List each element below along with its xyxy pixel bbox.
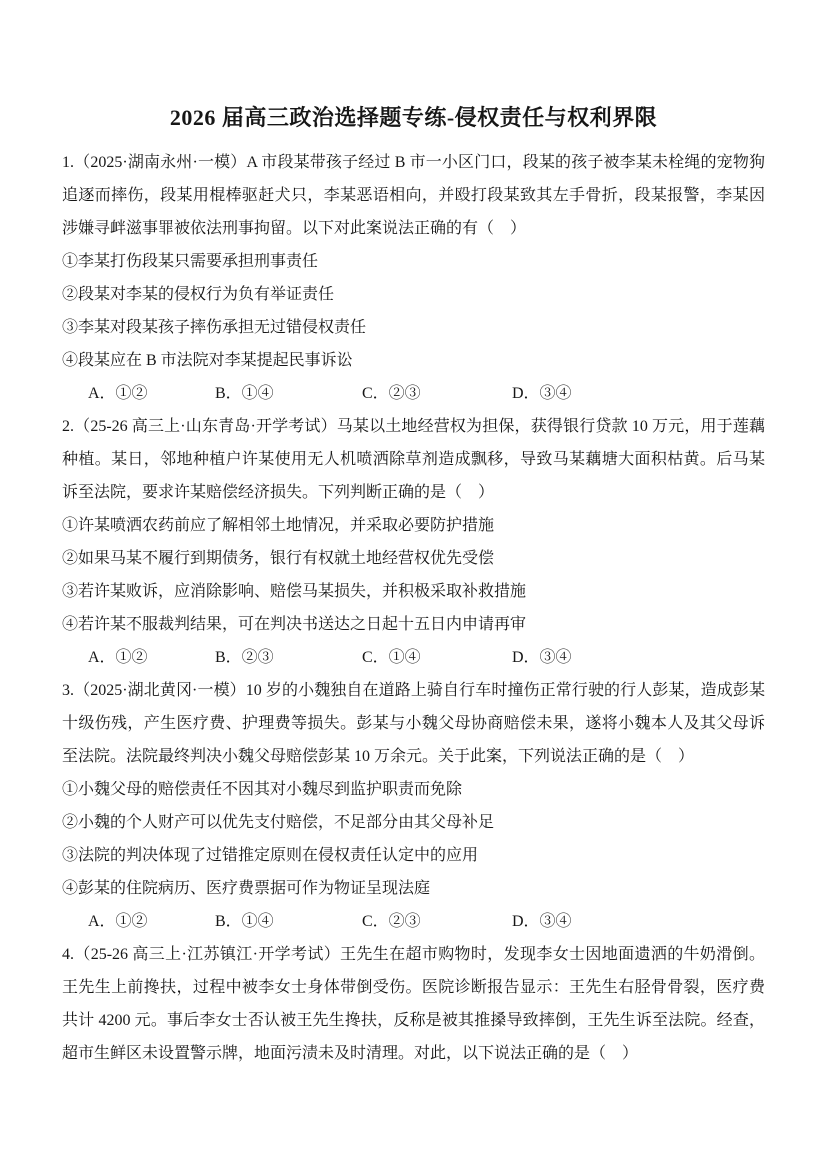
question-2-choice-c: C．①④ [362,641,512,674]
question-3-option-2: ②小魏的个人财产可以优先支付赔偿，不足部分由其父母补足 [62,806,765,839]
question-1-option-4: ④段某应在 B 市法院对李某提起民事诉讼 [62,344,765,377]
question-2-option-2: ②如果马某不履行到期债务，银行有权就土地经营权优先受偿 [62,542,765,575]
question-1-option-2: ②段某对李某的侵权行为负有举证责任 [62,278,765,311]
question-3-choice-b: B．①④ [215,905,362,938]
document-page: 2026 届高三政治选择题专练-侵权责任与权利界限 1.（2025·湖南永州·一… [0,0,827,1169]
question-1-choices: A．①② B．①④ C．②③ D．③④ [62,377,765,410]
question-1-choice-b: B．①④ [215,377,362,410]
question-1-option-1: ①李某打伤段某只需要承担刑事责任 [62,245,765,278]
question-2-stem: 2.（25-26 高三上·山东青岛·开学考试）马某以土地经营权为担保，获得银行贷… [62,410,765,509]
question-2-choice-a: A．①② [88,641,215,674]
question-3-choice-c: C．②③ [362,905,512,938]
document-title: 2026 届高三政治选择题专练-侵权责任与权利界限 [62,103,765,133]
question-4: 4.（25-26 高三上·江苏镇江·开学考试）王先生在超市购物时，发现李女士因地… [62,938,765,1070]
question-2: 2.（25-26 高三上·山东青岛·开学考试）马某以土地经营权为担保，获得银行贷… [62,410,765,674]
question-3-option-1: ①小魏父母的赔偿责任不因其对小魏尽到监护职责而免除 [62,773,765,806]
question-3-choice-d: D．③④ [512,905,765,938]
question-3-option-3: ③法院的判决体现了过错推定原则在侵权责任认定中的应用 [62,839,765,872]
question-2-choice-d: D．③④ [512,641,765,674]
question-3-choice-a: A．①② [88,905,215,938]
question-2-choices: A．①② B．②③ C．①④ D．③④ [62,641,765,674]
question-3-stem: 3.（2025·湖北黄冈·一模）10 岁的小魏独自在道路上骑自行车时撞伤正常行驶… [62,674,765,773]
question-3-option-4: ④彭某的住院病历、医疗费票据可作为物证呈现法庭 [62,872,765,905]
question-2-option-3: ③若许某败诉，应消除影响、赔偿马某损失，并积极采取补救措施 [62,575,765,608]
question-1: 1.（2025·湖南永州·一模）A 市段某带孩子经过 B 市一小区门口，段某的孩… [62,146,765,410]
question-3: 3.（2025·湖北黄冈·一模）10 岁的小魏独自在道路上骑自行车时撞伤正常行驶… [62,674,765,938]
question-3-choices: A．①② B．①④ C．②③ D．③④ [62,905,765,938]
question-4-stem: 4.（25-26 高三上·江苏镇江·开学考试）王先生在超市购物时，发现李女士因地… [62,938,765,1070]
question-1-choice-a: A．①② [88,377,215,410]
question-1-choice-c: C．②③ [362,377,512,410]
question-1-choice-d: D．③④ [512,377,765,410]
question-1-stem: 1.（2025·湖南永州·一模）A 市段某带孩子经过 B 市一小区门口，段某的孩… [62,146,765,245]
question-2-option-1: ①许某喷洒农药前应了解相邻土地情况，并采取必要防护措施 [62,509,765,542]
question-2-option-4: ④若许某不服裁判结果，可在判决书送达之日起十五日内申请再审 [62,608,765,641]
question-1-option-3: ③李某对段某孩子摔伤承担无过错侵权责任 [62,311,765,344]
question-2-choice-b: B．②③ [215,641,362,674]
